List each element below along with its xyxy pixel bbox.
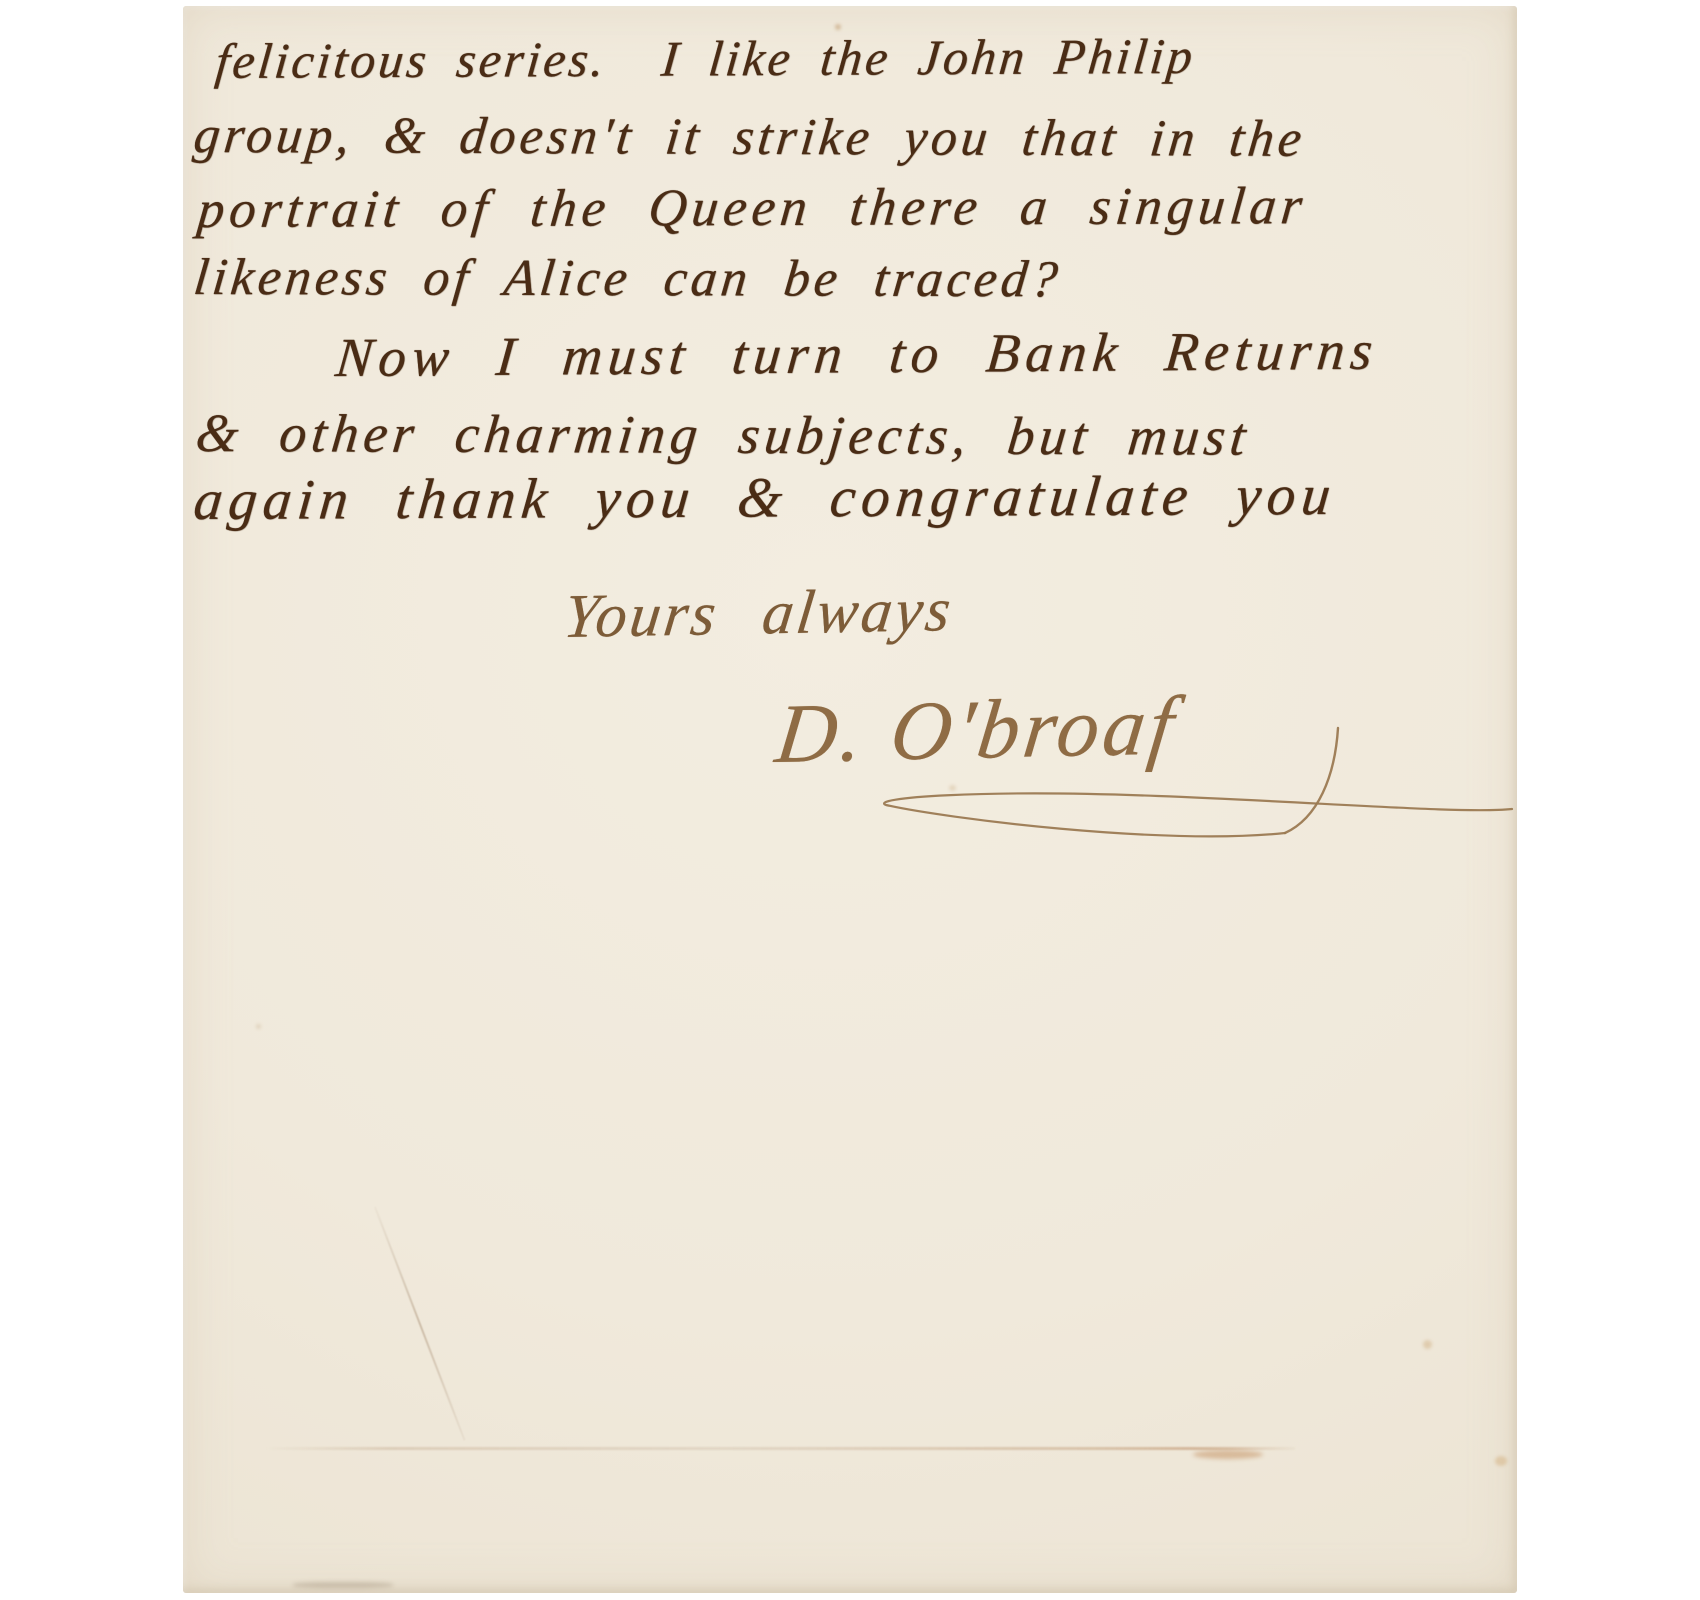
letter-closing: Yours always [560,575,957,653]
foxing-spot [835,24,841,30]
paper-crease-stain [1193,1450,1263,1459]
paper-smudge [293,1582,393,1588]
letter-line: group, & doesn't it strike you that in t… [191,106,1308,169]
letter-line: felicitous series. I like the John Phili… [213,27,1198,90]
photo-background: felicitous series. I like the John Phili… [0,0,1700,1600]
foxing-spot [949,785,956,791]
foxing-spot [256,1024,261,1029]
letter-page: felicitous series. I like the John Phili… [183,6,1517,1593]
letter-line: again thank you & congratulate you [191,463,1339,533]
letter-line: likeness of Alice can be traced? [191,248,1064,309]
paper-scratch [374,1207,465,1441]
signature: D. O'broaf [771,677,1183,783]
letter-line: portrait of the Queen there a singular [195,176,1310,240]
paper-crease [265,1447,1295,1450]
foxing-spot [1423,1340,1432,1349]
signature-flourish [183,6,1517,1593]
letter-line: Now I must turn to Bank Returns [333,319,1381,389]
letter-line: & other charming subjects, but must [193,402,1254,468]
foxing-spot [1495,1456,1507,1466]
